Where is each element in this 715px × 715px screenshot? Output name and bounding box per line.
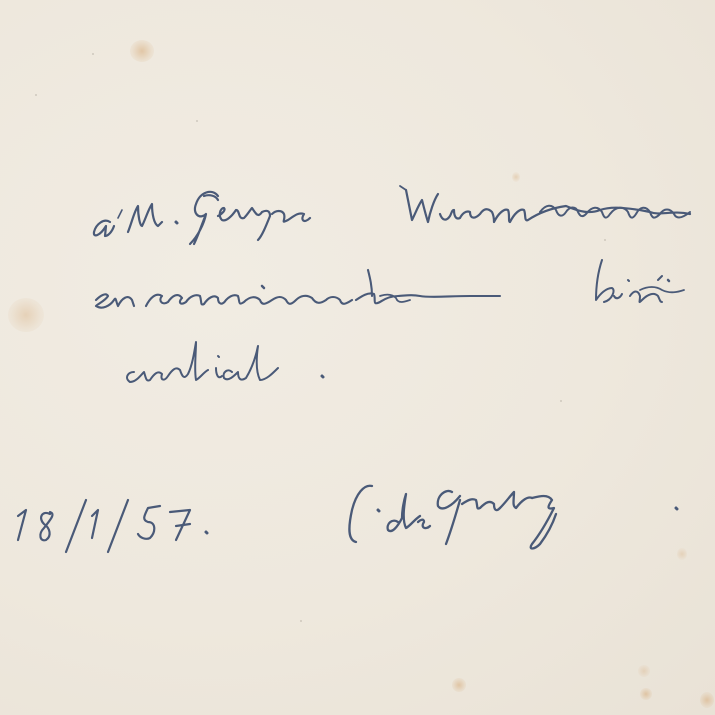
handwriting-line-3 [127,342,323,382]
paper-page: à M. Georges Wurm en remerciement bien c… [0,0,715,715]
handwriting-line-1 [94,186,690,244]
handwriting-signature [349,486,677,549]
handwriting-line-2 [96,260,684,308]
handwriting-date [18,500,207,552]
handwriting-ink [0,0,715,715]
